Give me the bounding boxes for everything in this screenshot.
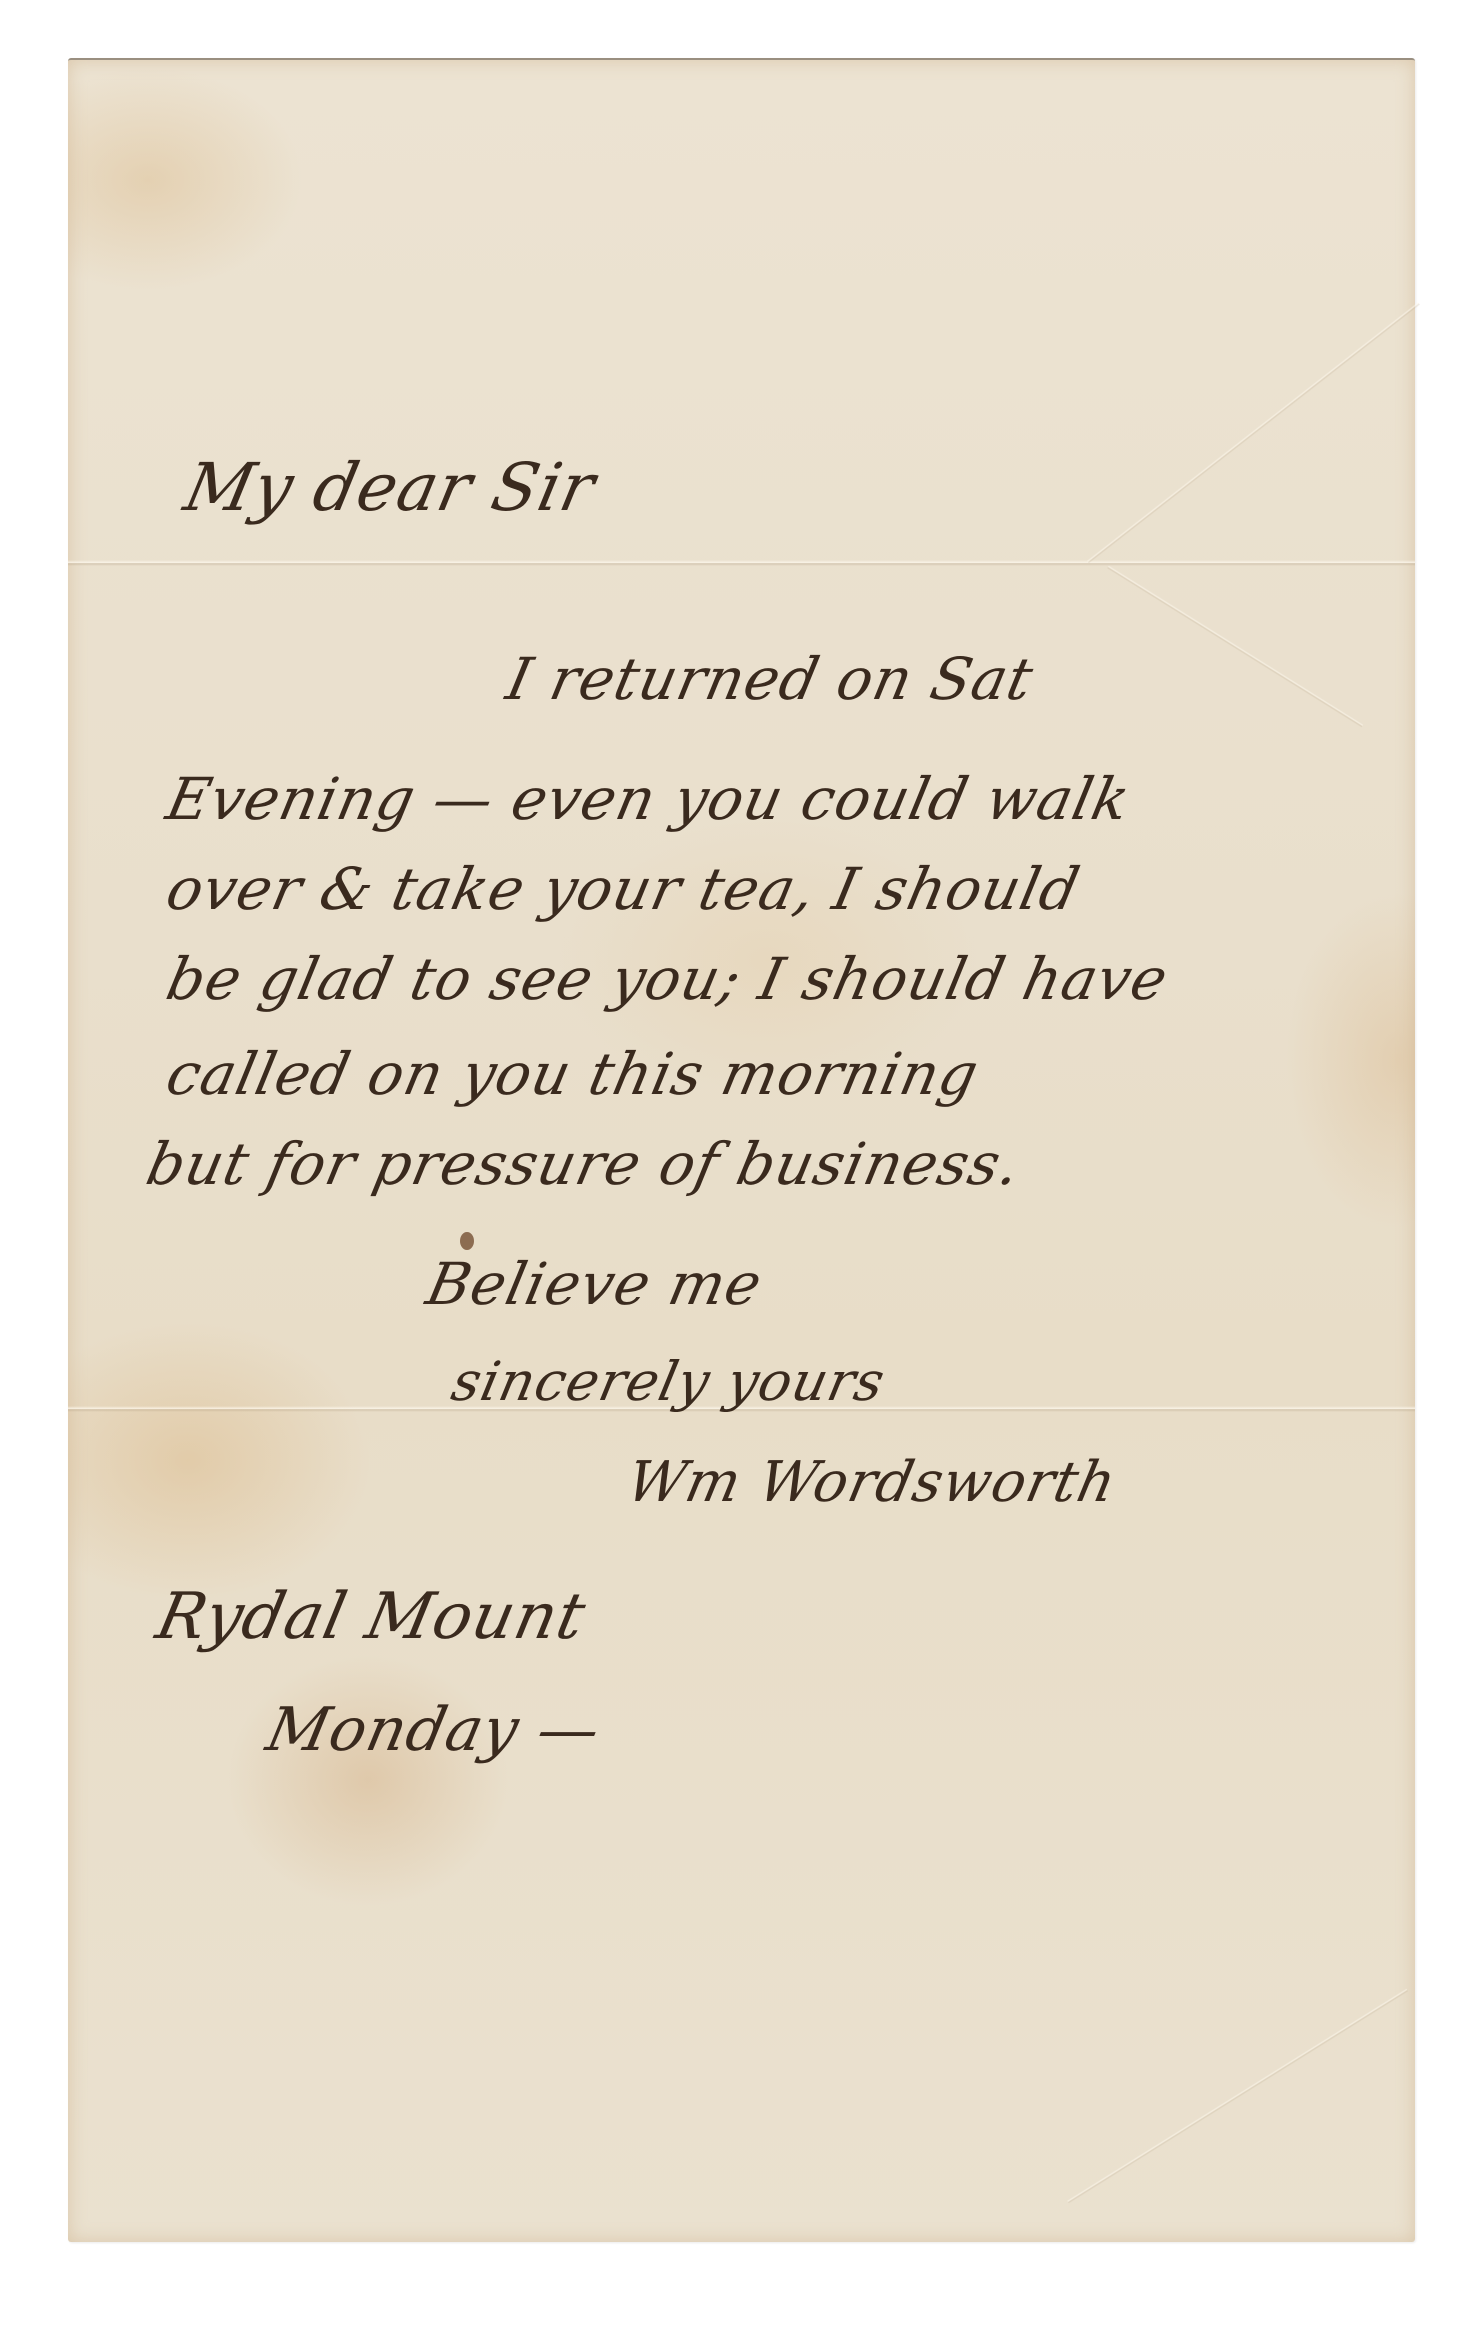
closing-sincerely: sincerely yours	[447, 1355, 889, 1409]
body-line-4: be glad to see you; I should have	[162, 950, 1173, 1008]
place-line: Rydal Mount	[151, 1585, 591, 1649]
signature: Wm Wordsworth	[622, 1455, 1121, 1511]
body-line-1: I returned on Sat	[502, 650, 1039, 708]
body-line-2: Evening — even you could walk	[162, 770, 1136, 828]
letter-sheet: My dear Sir I returned on Sat Evening — …	[68, 58, 1415, 2242]
letter-text: My dear Sir I returned on Sat Evening — …	[68, 60, 1415, 2242]
body-line-3: over & take your tea, I should	[162, 860, 1085, 918]
salutation: My dear Sir	[179, 455, 601, 521]
closing: Believe me	[422, 1255, 768, 1313]
day-line: Monday —	[262, 1700, 606, 1760]
body-line-6: but for pressure of business.	[142, 1135, 1026, 1193]
body-line-5: called on you this morning	[162, 1045, 984, 1103]
